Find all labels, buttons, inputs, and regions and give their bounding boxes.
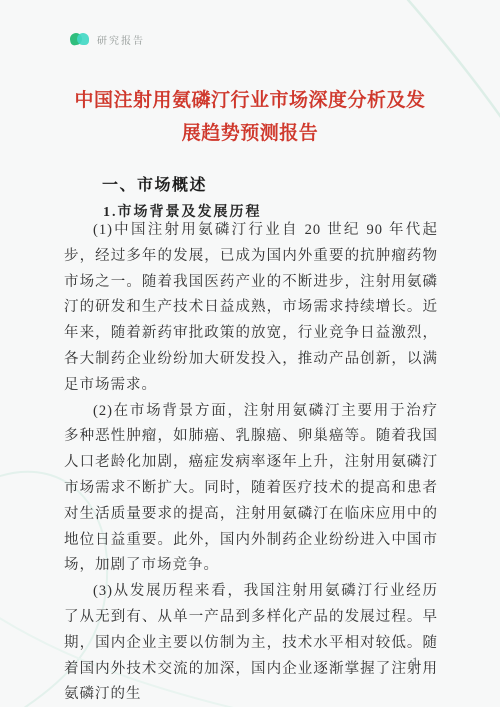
paragraph-1: (1)中国注射用氨磷汀行业自 20 世纪 90 年代起步，经过多年的发展，已成为…	[64, 218, 438, 399]
report-title-line2: 展趋势预测报告	[182, 123, 319, 144]
report-title-line1: 中国注射用氨磷汀行业市场深度分析及发	[74, 90, 425, 111]
page-number: - 1 -	[402, 654, 429, 670]
body-text: (1)中国注射用氨磷汀行业自 20 世纪 90 年代起步，经过多年的发展，已成为…	[64, 218, 438, 707]
paragraph-2: (2)在市场背景方面，注射用氨磷汀主要用于治疗多种恶性肿瘤，如肺癌、乳腺癌、卵巢…	[64, 399, 438, 580]
leaf-logo-icon	[70, 32, 89, 47]
paragraph-3: (3)从发展历程来看，我国注射用氨磷汀行业经历了从无到有、从单一产品到多样化产品…	[64, 579, 438, 707]
report-title: 中国注射用氨磷汀行业市场深度分析及发 展趋势预测报告	[62, 84, 438, 150]
document-page: 研究报告 中国注射用氨磷汀行业市场深度分析及发 展趋势预测报告 一、市场概述 1…	[0, 0, 500, 707]
brand-label: 研究报告	[97, 32, 145, 47]
section-heading: 一、市场概述	[102, 172, 207, 195]
brand-logo: 研究报告	[70, 32, 145, 47]
